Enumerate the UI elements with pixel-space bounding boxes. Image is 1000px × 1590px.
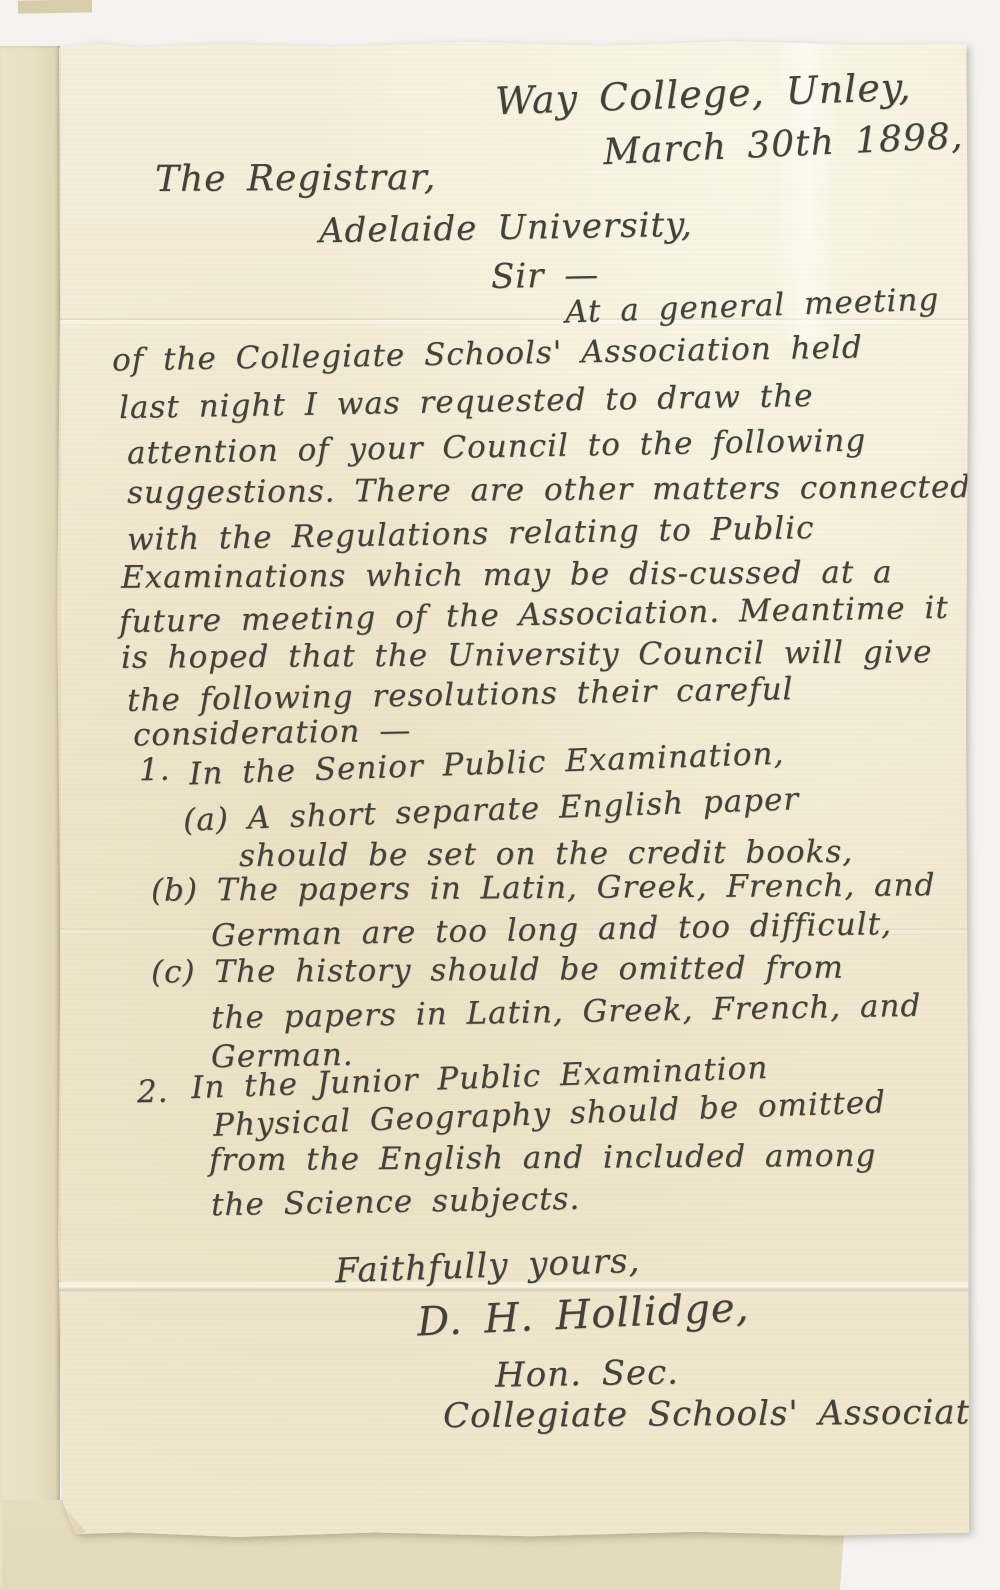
letter-paper: Way College, Unley, March 30th 1898, The… [55,40,970,1540]
background-sheet-left [0,46,60,1590]
handwritten-text: Way College, Unley, March 30th 1898, The… [55,40,970,1540]
organisation: Collegiate Schools' Association. [443,1392,1000,1436]
body-line: with the Regulations relating to Public [127,510,815,558]
list1-line: German are too long and too difficult, [211,906,892,954]
list1-line: (a) A short separate English paper [183,781,800,838]
body-line: suggestions. There are other matters con… [127,469,971,511]
list1-number: 1. [139,752,171,789]
list2-line: the Science subjects. [211,1181,581,1223]
paper-fragment-top [18,0,92,14]
heading-date: March 30th 1898, [602,116,964,173]
body-line: consideration — [133,713,412,754]
body-line: is hoped that the University Council wil… [121,634,933,676]
letter-page: Way College, Unley, March 30th 1898, The… [55,40,970,1540]
body-line: the following resolutions their careful [127,671,794,719]
valediction: Faithfully yours, [334,1241,641,1292]
signature: D. H. Hollidge, [416,1284,750,1345]
body-line: last night I was requested to draw the [119,378,814,426]
body-line: future meeting of the Association. Meant… [119,590,949,640]
recipient-to: The Registrar, [155,157,437,200]
body-line: of the Collegiate Schools' Association h… [112,329,863,378]
heading-location: Way College, Unley, [494,65,912,124]
list2-line: from the English and included among [209,1138,877,1179]
body-line: At a general meeting [564,281,939,330]
letter-scan: Way College, Unley, March 30th 1898, The… [0,0,1000,1590]
body-line: Examinations which may be dis-cussed at … [121,554,893,595]
list2-number: 2. [137,1074,169,1111]
list1-line: (b) The papers in Latin, Greek, French, … [151,867,936,908]
signatory-role: Hon. Sec. [495,1352,680,1395]
body-line: attention of your Council to the followi… [127,423,867,472]
salutation: Sir — [491,255,600,297]
list1-line: the papers in Latin, Greek, French, and [211,988,922,1036]
list1-line: (c) The history should be omitted from [151,950,844,991]
recipient-institution: Adelaide University, [319,205,693,252]
